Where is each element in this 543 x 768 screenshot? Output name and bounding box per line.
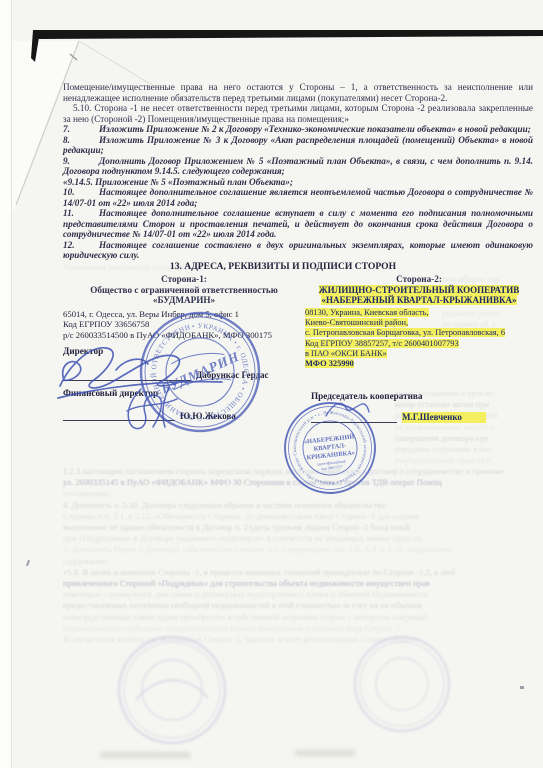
highlighted-text: Код ЕГРПОУ 38857257, т/с 2600401007793 xyxy=(305,339,459,348)
clause-8: 8.Изложить Приложение № 3 к Договору «Ак… xyxy=(63,135,533,156)
bleed-line: не установленных частей с xyxy=(395,422,537,433)
party2-details: 08130, Украина, Киевская область, Киево-… xyxy=(305,308,533,370)
bleed-line: переданы сторонами в пол xyxy=(395,444,537,455)
party1-title: Сторона-1: xyxy=(63,274,305,285)
clause-text: «9.14.5. Приложение № 5 «Поэтажный план … xyxy=(63,177,293,187)
bleed-line: 4. Дополнить п. 5.10. Договора следующим… xyxy=(63,500,535,511)
clause-text: Изложить Приложение № 2 к Договору «Техн… xyxy=(99,124,531,134)
clause-number: 10. xyxy=(63,187,99,198)
highlighted-text: МФО 325990 xyxy=(305,359,354,368)
party2-address-3: с. Петропавловская Борщаговка, ул. Петро… xyxy=(305,328,533,338)
bleed-line: предоставляемых получении свободной недв… xyxy=(63,600,535,611)
bleed-line: при «Подрядчика» в Договоре указанного «… xyxy=(63,533,535,544)
scanned-document-page: { "colors": { "highlight": "#f4ef5f", "s… xyxy=(0,0,543,768)
findirector-signature xyxy=(115,383,195,433)
bleed-line: 5. Дополнить Пункт 5 Договора «обязаннос… xyxy=(63,544,535,555)
party2-egrpou: Код ЕГРПОУ 38857257, т/с 2600401007793 xyxy=(305,339,533,349)
bleed-line: недвижимостей свободных предоставляются … xyxy=(63,623,535,634)
bleed-line: совершения договора куп xyxy=(395,433,537,444)
highlighted-text: ЖИЛИЩНО-СТРОИТЕЛЬНЫЙ КООПЕРАТИВ xyxy=(319,285,519,295)
clause-number: 9. xyxy=(63,156,99,167)
clause-text: Дополнить Договор Приложением № 5 «Поэта… xyxy=(63,156,533,177)
clause-text: Настоящее соглашение составлено в двух о… xyxy=(63,240,533,261)
clause-9-14-5: «9.14.5. Приложение № 5 «Поэтажный план … xyxy=(63,177,533,188)
party2-name-line1: ЖИЛИЩНО-СТРОИТЕЛЬНЫЙ КООПЕРАТИВ xyxy=(305,285,533,296)
highlighted-text: 08130, Украина, Киевская область, xyxy=(305,308,429,317)
clause-5-10: 5.10. Сторона -1 не несет ответственност… xyxy=(63,103,533,124)
party2-signer: М.Г.Шевченко xyxy=(402,412,486,423)
bleed-stamp-right xyxy=(352,634,452,734)
clause-number: 12. xyxy=(63,240,99,251)
bleed-line: выполнение не однако обязательств в Дого… xyxy=(63,522,535,533)
bleed-line: содержания: xyxy=(63,556,535,567)
bleed-line: некоторые строящемуся, для самих и догов… xyxy=(63,589,535,600)
scan-speck xyxy=(520,686,524,689)
scan-smudge xyxy=(100,752,190,758)
clause-text: Настоящее дополнительное соглашение всту… xyxy=(63,208,533,239)
bleed-line: непосредственных также права приобретать… xyxy=(63,612,535,623)
highlighted-text: в ПАО «ОКСИ БАНК» xyxy=(305,349,387,358)
scan-smudge xyxy=(295,750,355,756)
scanner-margin xyxy=(0,0,12,768)
highlighted-text: с. Петропавловская Борщаговка, ул. Петро… xyxy=(305,328,505,337)
party2-mfo: МФО 325990 xyxy=(305,359,533,369)
section-13-heading: 13. АДРЕСА, РЕКВИЗИТЫ И ПОДПИСИ СТОРОН xyxy=(63,262,503,273)
bleed-line: имущественных прав на п xyxy=(395,455,537,466)
clause-11: 11.Настоящее дополнительное соглашение в… xyxy=(63,208,533,240)
cooperative-stamp: • Житлово-будівельний кооператив • Украї… xyxy=(278,396,381,499)
bleed-line: В случае если договор им Жилищных Сторон… xyxy=(63,634,535,645)
party1-name-line1: Общество с ограниченной ответственностью xyxy=(63,285,305,296)
clause-12: 12.Настоящее соглашение составлено в дву… xyxy=(63,240,533,261)
party2-address-1: 08130, Украина, Киевская область, xyxy=(305,308,533,318)
scan-frame-top xyxy=(33,30,543,39)
bleed-line: привлеченного Стороной «Подрядных» для с… xyxy=(63,578,535,589)
paragraph-liability: Помещение/имущественные права на него ос… xyxy=(63,82,533,103)
bleed-stamp-left xyxy=(116,634,228,746)
clause-10: 10.Настоящее дополнительное соглашение я… xyxy=(63,187,533,208)
clause-number: 7. xyxy=(63,124,99,135)
party1-name-line2: «БУДМАРИН» xyxy=(63,295,305,306)
highlighted-text: «НАБЕРЕЖНЫЙ КВАРТАЛ-КРЫЖАНИВКА» xyxy=(321,295,516,305)
bleed-line: «5.8. В целях и моментов Стороны -1, в п… xyxy=(63,567,535,578)
stamp-id-code: код 38857257 xyxy=(321,465,343,471)
party2-title: Сторона-2: xyxy=(305,274,533,285)
clause-7: 7.Изложить Приложение № 2 к Договору «Те… xyxy=(63,124,533,135)
party2-bank: в ПАО «ОКСИ БАНК» xyxy=(305,349,533,359)
clause-text: Настоящее дополнительное соглашение явля… xyxy=(63,187,533,208)
highlighted-text: Киево-Святошинский район, xyxy=(305,318,408,327)
bleed-line: Стороны п.п. 5.1. и 5.12. «Обязанности С… xyxy=(63,511,535,522)
clause-text: Изложить Приложение № 3 к Договору «Акт … xyxy=(63,135,533,156)
clause-number: 11. xyxy=(63,208,99,219)
party2-name-line2: «НАБЕРЕЖНЫЙ КВАРТАЛ-КРЫЖАНИВКА» xyxy=(305,295,533,306)
clause-number: 8. xyxy=(63,135,99,146)
crease-line xyxy=(79,41,152,85)
party2-address-2: Киево-Святошинский район, xyxy=(305,318,533,328)
clause-9: 9.Дополнить Договор Приложением № 5 «Поэ… xyxy=(63,156,533,177)
